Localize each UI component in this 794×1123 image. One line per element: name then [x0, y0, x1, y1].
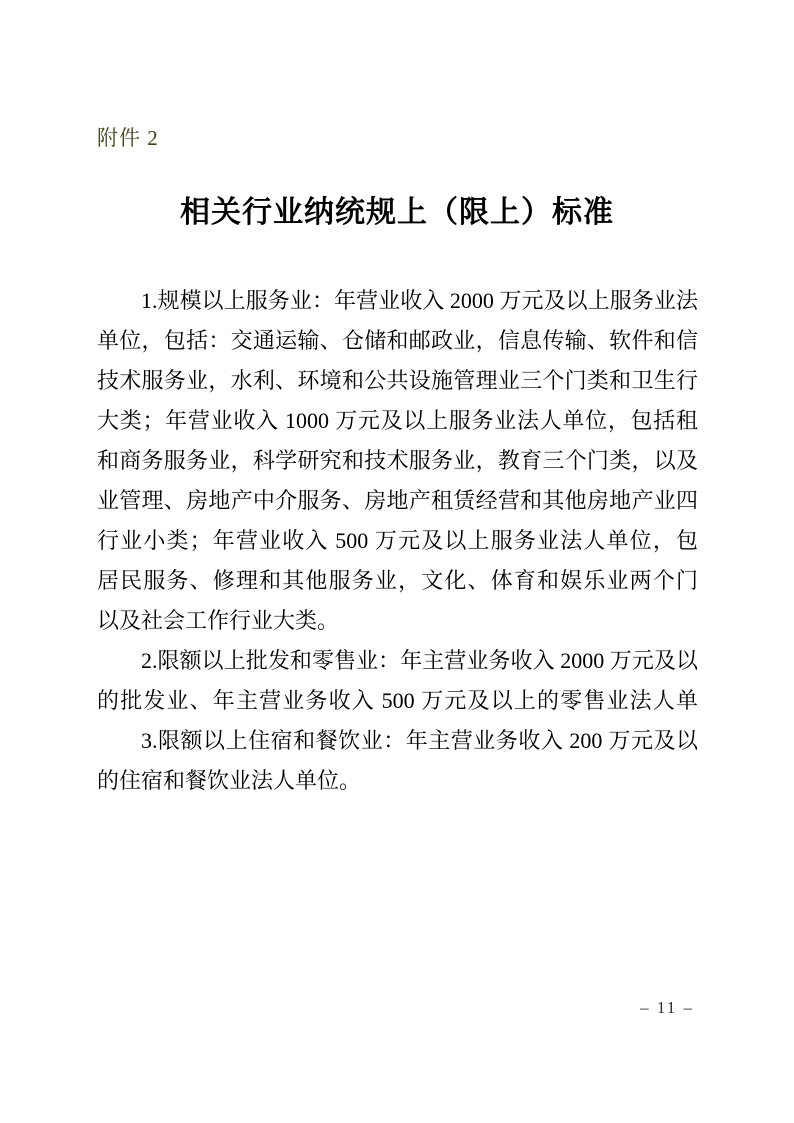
- attachment-label: 附件 2: [97, 124, 159, 152]
- body-line: 业管理、房地产中介服务、房地产租赁经营和其他房地产业四个: [97, 481, 698, 521]
- page-title: 相关行业纳统规上（限上）标准: [0, 191, 794, 235]
- body-line: 居民服务、修理和其他服务业，文化、体育和娱乐业两个门类，: [97, 561, 698, 601]
- body-line: 的批发业、年主营业务收入 500 万元及以上的零售业法人单位。: [97, 681, 698, 721]
- body-line: 1.规模以上服务业：年营业收入 2000 万元及以上服务业法人: [97, 281, 698, 321]
- body-line: 和商务服务业，科学研究和技术服务业，教育三个门类，以及物: [97, 441, 698, 481]
- body-line: 大类；年营业收入 1000 万元及以上服务业法人单位，包括租赁: [97, 401, 698, 441]
- page-number: – 11 –: [640, 996, 694, 1020]
- body-line: 2.限额以上批发和零售业：年主营业务收入 2000 万元及以上: [97, 641, 698, 681]
- body-line: 行业小类；年营业收入 500 万元及以上服务业法人单位，包括：: [97, 521, 698, 561]
- body-line: 单位，包括：交通运输、仓储和邮政业，信息传输、软件和信息: [97, 321, 698, 361]
- body-line: 的住宿和餐饮业法人单位。: [97, 761, 698, 801]
- document-body: 1.规模以上服务业：年营业收入 2000 万元及以上服务业法人 单位，包括：交通…: [97, 281, 698, 801]
- body-line: 3.限额以上住宿和餐饮业：年主营业务收入 200 万元及以上: [97, 721, 698, 761]
- document-page: 附件 2 相关行业纳统规上（限上）标准 1.规模以上服务业：年营业收入 2000…: [0, 0, 794, 1123]
- body-line: 技术服务业，水利、环境和公共设施管理业三个门类和卫生行业: [97, 361, 698, 401]
- body-line: 以及社会工作行业大类。: [97, 601, 698, 641]
